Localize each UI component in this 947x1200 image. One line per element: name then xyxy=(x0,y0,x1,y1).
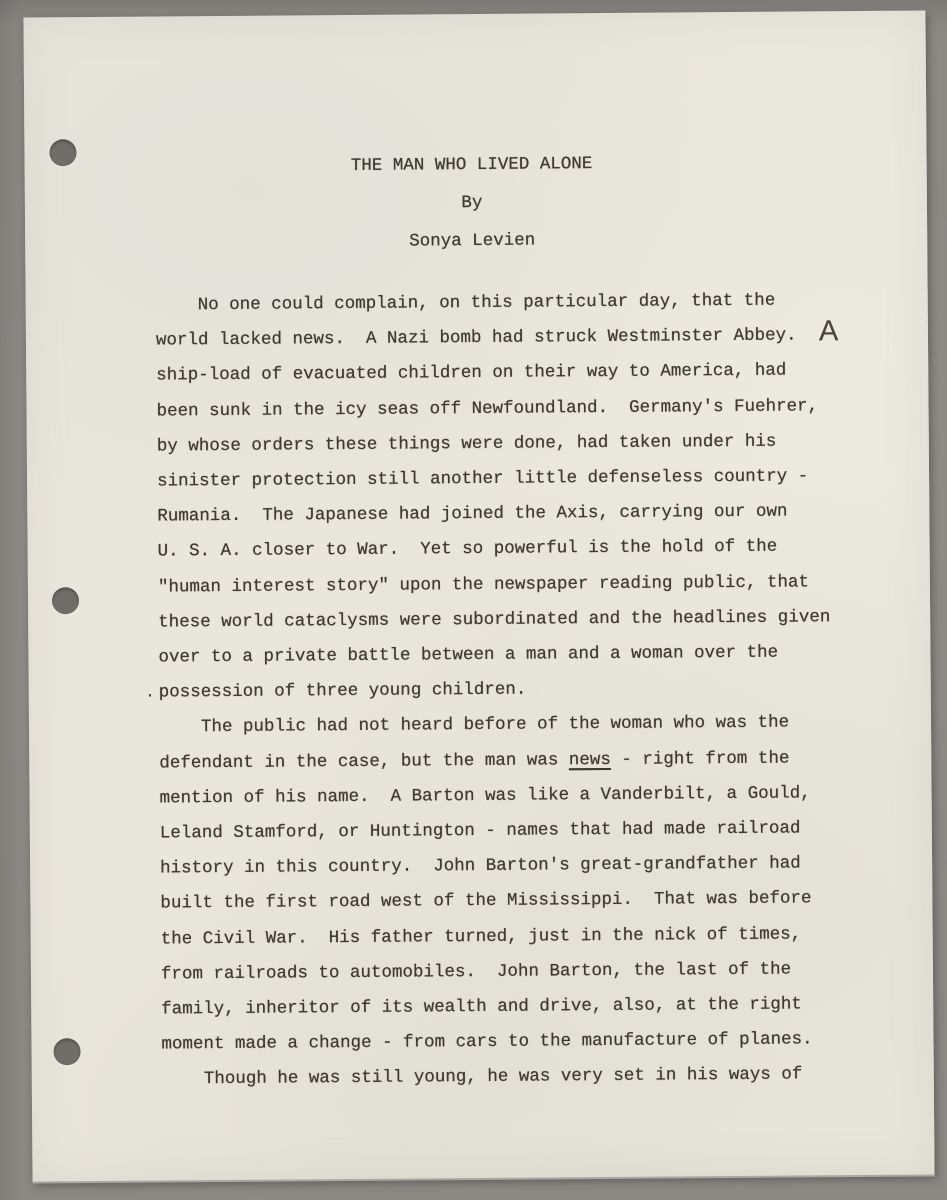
text-line: Though he was still young, he was very s… xyxy=(162,1057,892,1098)
text-line: The public had not heard before of the w… xyxy=(159,705,889,746)
text-line: "human interest story" upon the newspape… xyxy=(158,564,888,605)
text-line: U. S. A. closer to War. Yet so powerful … xyxy=(158,529,888,570)
text-line: the Civil War. His father turned, just i… xyxy=(161,916,891,957)
author-name: Sonya Levien xyxy=(409,231,535,252)
text-line: world lacked news. A Nazi bomb had struc… xyxy=(156,318,886,359)
body-text: No one could complain, on this particula… xyxy=(156,283,892,1098)
text-line: possession of three young children. xyxy=(159,670,889,711)
text-line: from railroads to automobiles. John Bart… xyxy=(161,952,891,993)
manuscript-page: THE MAN WHO LIVED ALONE By Sonya Levien … xyxy=(23,10,934,1181)
text-line: these world cataclysms were subordinated… xyxy=(158,600,888,641)
text-line: been sunk in the icy seas off Newfoundla… xyxy=(156,388,886,429)
text-line: defendant in the case, but the man was n… xyxy=(159,740,889,781)
stray-ink-mark: . xyxy=(145,676,156,711)
text-line: by whose orders these things were done, … xyxy=(157,424,887,465)
text-line: Leland Stamford, or Huntington - names t… xyxy=(160,811,890,852)
punch-hole-top xyxy=(49,139,76,166)
text-line: sinister protection still another little… xyxy=(157,459,887,500)
text-line: built the first road west of the Mississ… xyxy=(160,881,890,922)
document-title: THE MAN WHO LIVED ALONE xyxy=(351,154,593,176)
handwritten-annotation: A xyxy=(819,315,839,348)
punch-hole-middle xyxy=(52,587,79,614)
byline: By xyxy=(461,193,482,213)
text-line: Rumania. The Japanese had joined the Axi… xyxy=(157,494,887,535)
text-line: family, inheritor of its wealth and driv… xyxy=(161,987,891,1028)
text-line: history in this country. John Barton's g… xyxy=(160,846,890,887)
text-line: moment made a change - from cars to the … xyxy=(161,1022,891,1063)
scan-background: THE MAN WHO LIVED ALONE By Sonya Levien … xyxy=(0,0,947,1200)
text-line: mention of his name. A Barton was like a… xyxy=(159,776,889,817)
text-line: ship-load of evacuated children on their… xyxy=(156,353,886,394)
text-line: No one could complain, on this particula… xyxy=(156,283,886,324)
text-line: over to a private battle between a man a… xyxy=(158,635,888,676)
punch-hole-bottom xyxy=(53,1038,80,1065)
